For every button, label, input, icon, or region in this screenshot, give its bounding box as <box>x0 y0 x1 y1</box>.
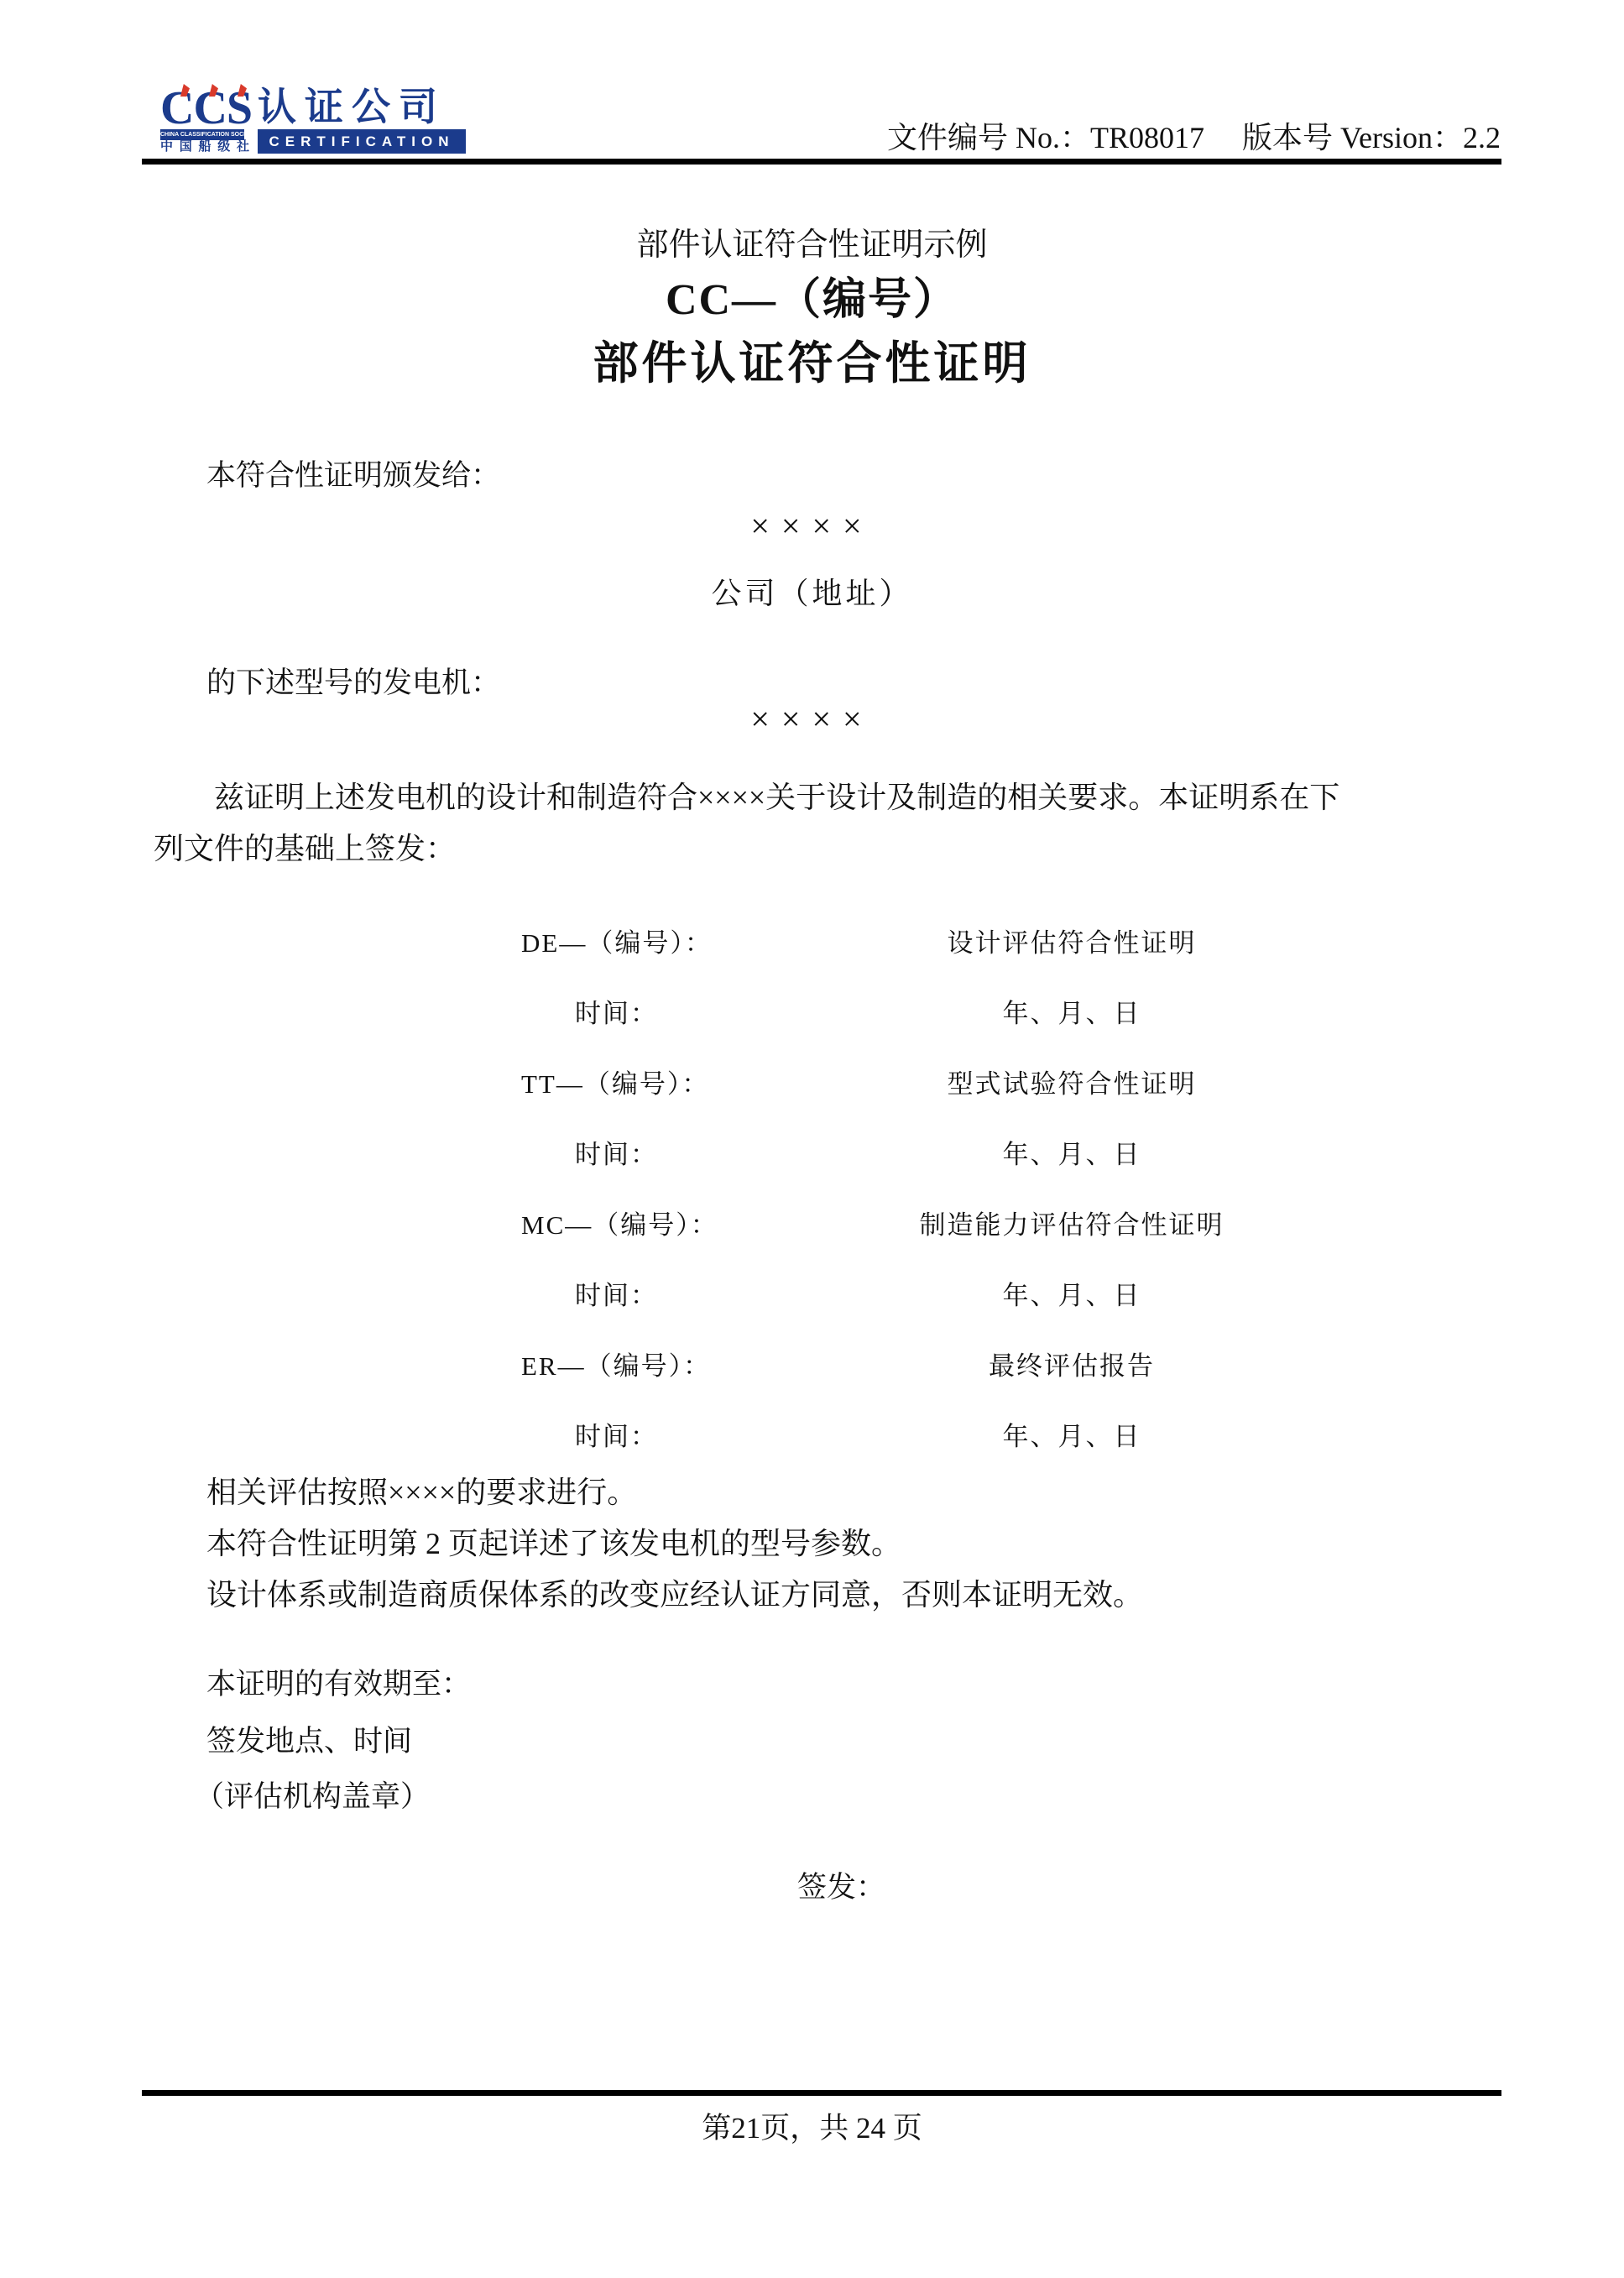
ccs-logo-text: CCS <box>160 82 252 134</box>
logo-society-en: CHINA CLASSIFICATION SOCIETY <box>160 129 244 140</box>
doc-name: 型式试验符合性证明 <box>837 1063 1307 1100</box>
company-name-placeholder: ×××× <box>0 509 1624 544</box>
certificate-code-title: CC—（编号） <box>0 264 1624 327</box>
doc-code: TT—（编号）： <box>521 1063 709 1100</box>
doc-name: 制造能力评估符合性证明 <box>837 1204 1307 1241</box>
doc-code: ER—（编号）： <box>521 1345 711 1382</box>
ccs-logo-mark: CCS <box>160 87 244 129</box>
doc-code: MC—（编号）： <box>521 1204 718 1241</box>
note-line: 设计体系或制造商质保体系的改变应经认证方同意，否则本证明无效。 <box>206 1570 1143 1621</box>
issued-to-label: 本符合性证明颁发给： <box>206 458 500 494</box>
issue-place-label: 签发地点、时间 <box>206 1724 412 1759</box>
doc-row-mc: MC—（编号）： 制造能力评估符合性证明 <box>154 1187 1501 1257</box>
doc-name: 设计评估符合性证明 <box>837 922 1307 959</box>
doc-time-value: 年、月、日 <box>837 1274 1307 1312</box>
doc-code: DE—（编号）： <box>521 922 713 959</box>
statement-line-1: 兹证明上述发电机的设计和制造符合××××关于设计及制造的相关要求。本证明系在下 <box>154 772 1503 823</box>
statement-line-2: 列文件的基础上签发： <box>154 823 1503 875</box>
note-line: 本符合性证明第 2 页起详述了该发电机的型号参数。 <box>206 1518 1143 1570</box>
doc-row-time: 时间： 年、月、日 <box>154 975 1501 1046</box>
document-page: CCS 认证公司 CHINA CLASSIFICATION SOCIETY 中 … <box>0 0 1624 2278</box>
stamp-label: （评估机构盖章） <box>195 1779 430 1815</box>
company-address-placeholder: 公司（地址） <box>0 576 1624 611</box>
footer-divider <box>142 2090 1501 2096</box>
notes-block: 相关评估按照××××的要求进行。 本符合性证明第 2 页起详述了该发电机的型号参… <box>206 1467 1143 1621</box>
doc-row-time: 时间： 年、月、日 <box>154 1257 1501 1328</box>
doc-time-value: 年、月、日 <box>837 1415 1307 1453</box>
header-divider <box>142 159 1501 165</box>
doc-time-label: 时间： <box>575 1274 658 1312</box>
basis-documents-list: DE—（编号）： 设计评估符合性证明 时间： 年、月、日 TT—（编号）： 型式… <box>154 905 1501 1469</box>
doc-row-de: DE—（编号）： 设计评估符合性证明 <box>154 905 1501 975</box>
certificate-title: 部件认证符合性证明 <box>0 327 1624 392</box>
logo-society-cn: 中 国 船 级 社 <box>160 140 244 154</box>
doc-time-value: 年、月、日 <box>837 1133 1307 1171</box>
signature-label: 签发： <box>797 1870 885 1905</box>
page-number: 第21页，共 24 页 <box>0 2105 1624 2147</box>
doc-time-value: 年、月、日 <box>837 992 1307 1030</box>
logo-certification-en: CERTIFICATION <box>258 129 466 154</box>
doc-time-label: 时间： <box>575 992 658 1030</box>
doc-name: 最终评估报告 <box>837 1345 1307 1382</box>
logo-brand-chinese: 认证公司 <box>258 87 446 128</box>
model-placeholder: ×××× <box>0 702 1624 737</box>
example-caption: 部件认证符合性证明示例 <box>0 218 1624 264</box>
note-line: 相关评估按照××××的要求进行。 <box>206 1467 1143 1518</box>
doc-row-time: 时间： 年、月、日 <box>154 1116 1501 1187</box>
validity-label: 本证明的有效期至： <box>206 1667 471 1702</box>
generator-model-label: 的下述型号的发电机： <box>206 666 500 701</box>
doc-row-er: ER—（编号）： 最终评估报告 <box>154 1328 1501 1398</box>
doc-row-time: 时间： 年、月、日 <box>154 1398 1501 1469</box>
doc-time-label: 时间： <box>575 1133 658 1171</box>
certification-statement: 兹证明上述发电机的设计和制造符合××××关于设计及制造的相关要求。本证明系在下 … <box>154 772 1503 875</box>
document-number: 文件编号 No.：TR08017 版本号 Version：2.2 <box>661 114 1501 157</box>
doc-time-label: 时间： <box>575 1415 658 1453</box>
doc-row-tt: TT—（编号）： 型式试验符合性证明 <box>154 1046 1501 1116</box>
ccs-logo: CCS 认证公司 CHINA CLASSIFICATION SOCIETY 中 … <box>160 87 446 129</box>
